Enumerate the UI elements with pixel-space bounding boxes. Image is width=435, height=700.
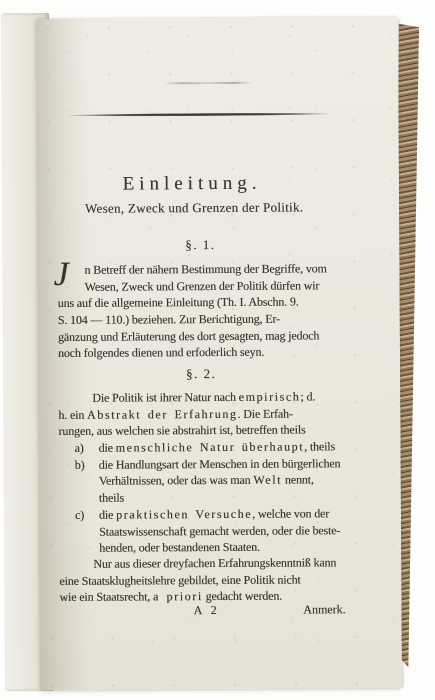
text-line: noch folgendes dienen und erfoderlich se… (58, 344, 344, 362)
text-line: theils (59, 488, 345, 506)
text-run: h. ein (58, 407, 87, 421)
text-line: n Betreff der nähern Bestimmung der Begr… (57, 260, 343, 278)
text-line: uns auf die allgemeine Einleitung (Th. I… (58, 294, 344, 312)
page-content: Einleitung. Wesen, Zweck und Grenzen der… (56, 17, 342, 19)
drop-cap: J (53, 257, 68, 293)
spaced-text-run: Abstrakt der Erfahrung (87, 407, 238, 422)
text-run: . Die Erfah- (237, 406, 292, 420)
text-line: Verhältnissen, oder das was man Welt nen… (59, 472, 345, 490)
text-run: die (99, 441, 116, 455)
ghost-rule (164, 82, 252, 85)
text-run: , theils (304, 439, 335, 453)
list-item-b: b)die Handlungsart der Menschen in den b… (59, 455, 345, 473)
list-marker: a) (75, 440, 99, 457)
text-run: die Handlungsart der Menschen in den bür… (99, 456, 341, 471)
text-line: Nur aus dieser dreyfachen Erfahrungskenn… (59, 554, 345, 572)
head-rule (65, 112, 335, 117)
text-line: rungen, aus welchen sie abstrahirt ist, … (58, 422, 344, 440)
section-1-label: §. 1. (57, 236, 343, 254)
text-run: Verhältnissen, oder das was man (99, 473, 254, 488)
paragraph-1: J n Betreff der nähern Bestimmung der Be… (57, 260, 344, 362)
text-run: nennt, (282, 473, 314, 487)
spaced-text-run: praktischen Versuche (116, 507, 252, 522)
text-line: gänzung und Erläuterung des dort gesagte… (58, 327, 344, 345)
spaced-text-run: menschliche Natur überhaupt (116, 440, 305, 455)
list-marker: b) (75, 456, 99, 473)
text-line: h. ein Abstrakt der Erfahrung. Die Erfah… (58, 405, 344, 423)
spaced-text-run: Welt (253, 473, 282, 487)
list-item-c: c)die praktischen Versuche, welche von d… (59, 505, 345, 523)
page-title: Einleitung. (49, 175, 335, 193)
text-run: ; d. (300, 389, 315, 403)
spaced-text-run: empirisch (239, 389, 301, 403)
text-line: S. 104 — 110.) beziehen. Zur Berichtigun… (58, 310, 344, 328)
paragraph-2: Die Politik ist ihrer Natur nach empiris… (58, 388, 345, 557)
text-run: Die Politik ist ihrer Natur nach (92, 390, 238, 405)
text-line: Staatswissenschaft gemacht werden, oder … (59, 522, 345, 540)
list-marker: c) (75, 507, 99, 524)
book: Einleitung. Wesen, Zweck und Grenzen der… (0, 0, 435, 700)
text-line: Die Politik ist ihrer Natur nach empiris… (58, 388, 344, 406)
text-run: die (99, 507, 116, 521)
signature-row: A 2 Anmerk. (60, 601, 346, 620)
section-2-label: §. 2. (58, 365, 344, 383)
book-photo: Einleitung. Wesen, Zweck und Grenzen der… (0, 0, 435, 700)
book-page: Einleitung. Wesen, Zweck und Grenzen der… (36, 17, 402, 690)
text-line: eine Staatsklugheitslehre gebildet, eine… (59, 571, 345, 589)
page-subtitle: Wesen, Zweck und Grenzen der Politik. (51, 199, 337, 217)
list-item-a: a)die menschliche Natur überhaupt, theil… (59, 438, 345, 456)
catchword: Anmerk. (303, 601, 345, 618)
text-run: , welche von der (252, 506, 329, 520)
text-line: Wesen, Zweck und Grenzen der Politik dür… (58, 277, 344, 295)
paragraph-3: Nur aus dieser dreyfachen Erfahrungskenn… (59, 554, 345, 606)
